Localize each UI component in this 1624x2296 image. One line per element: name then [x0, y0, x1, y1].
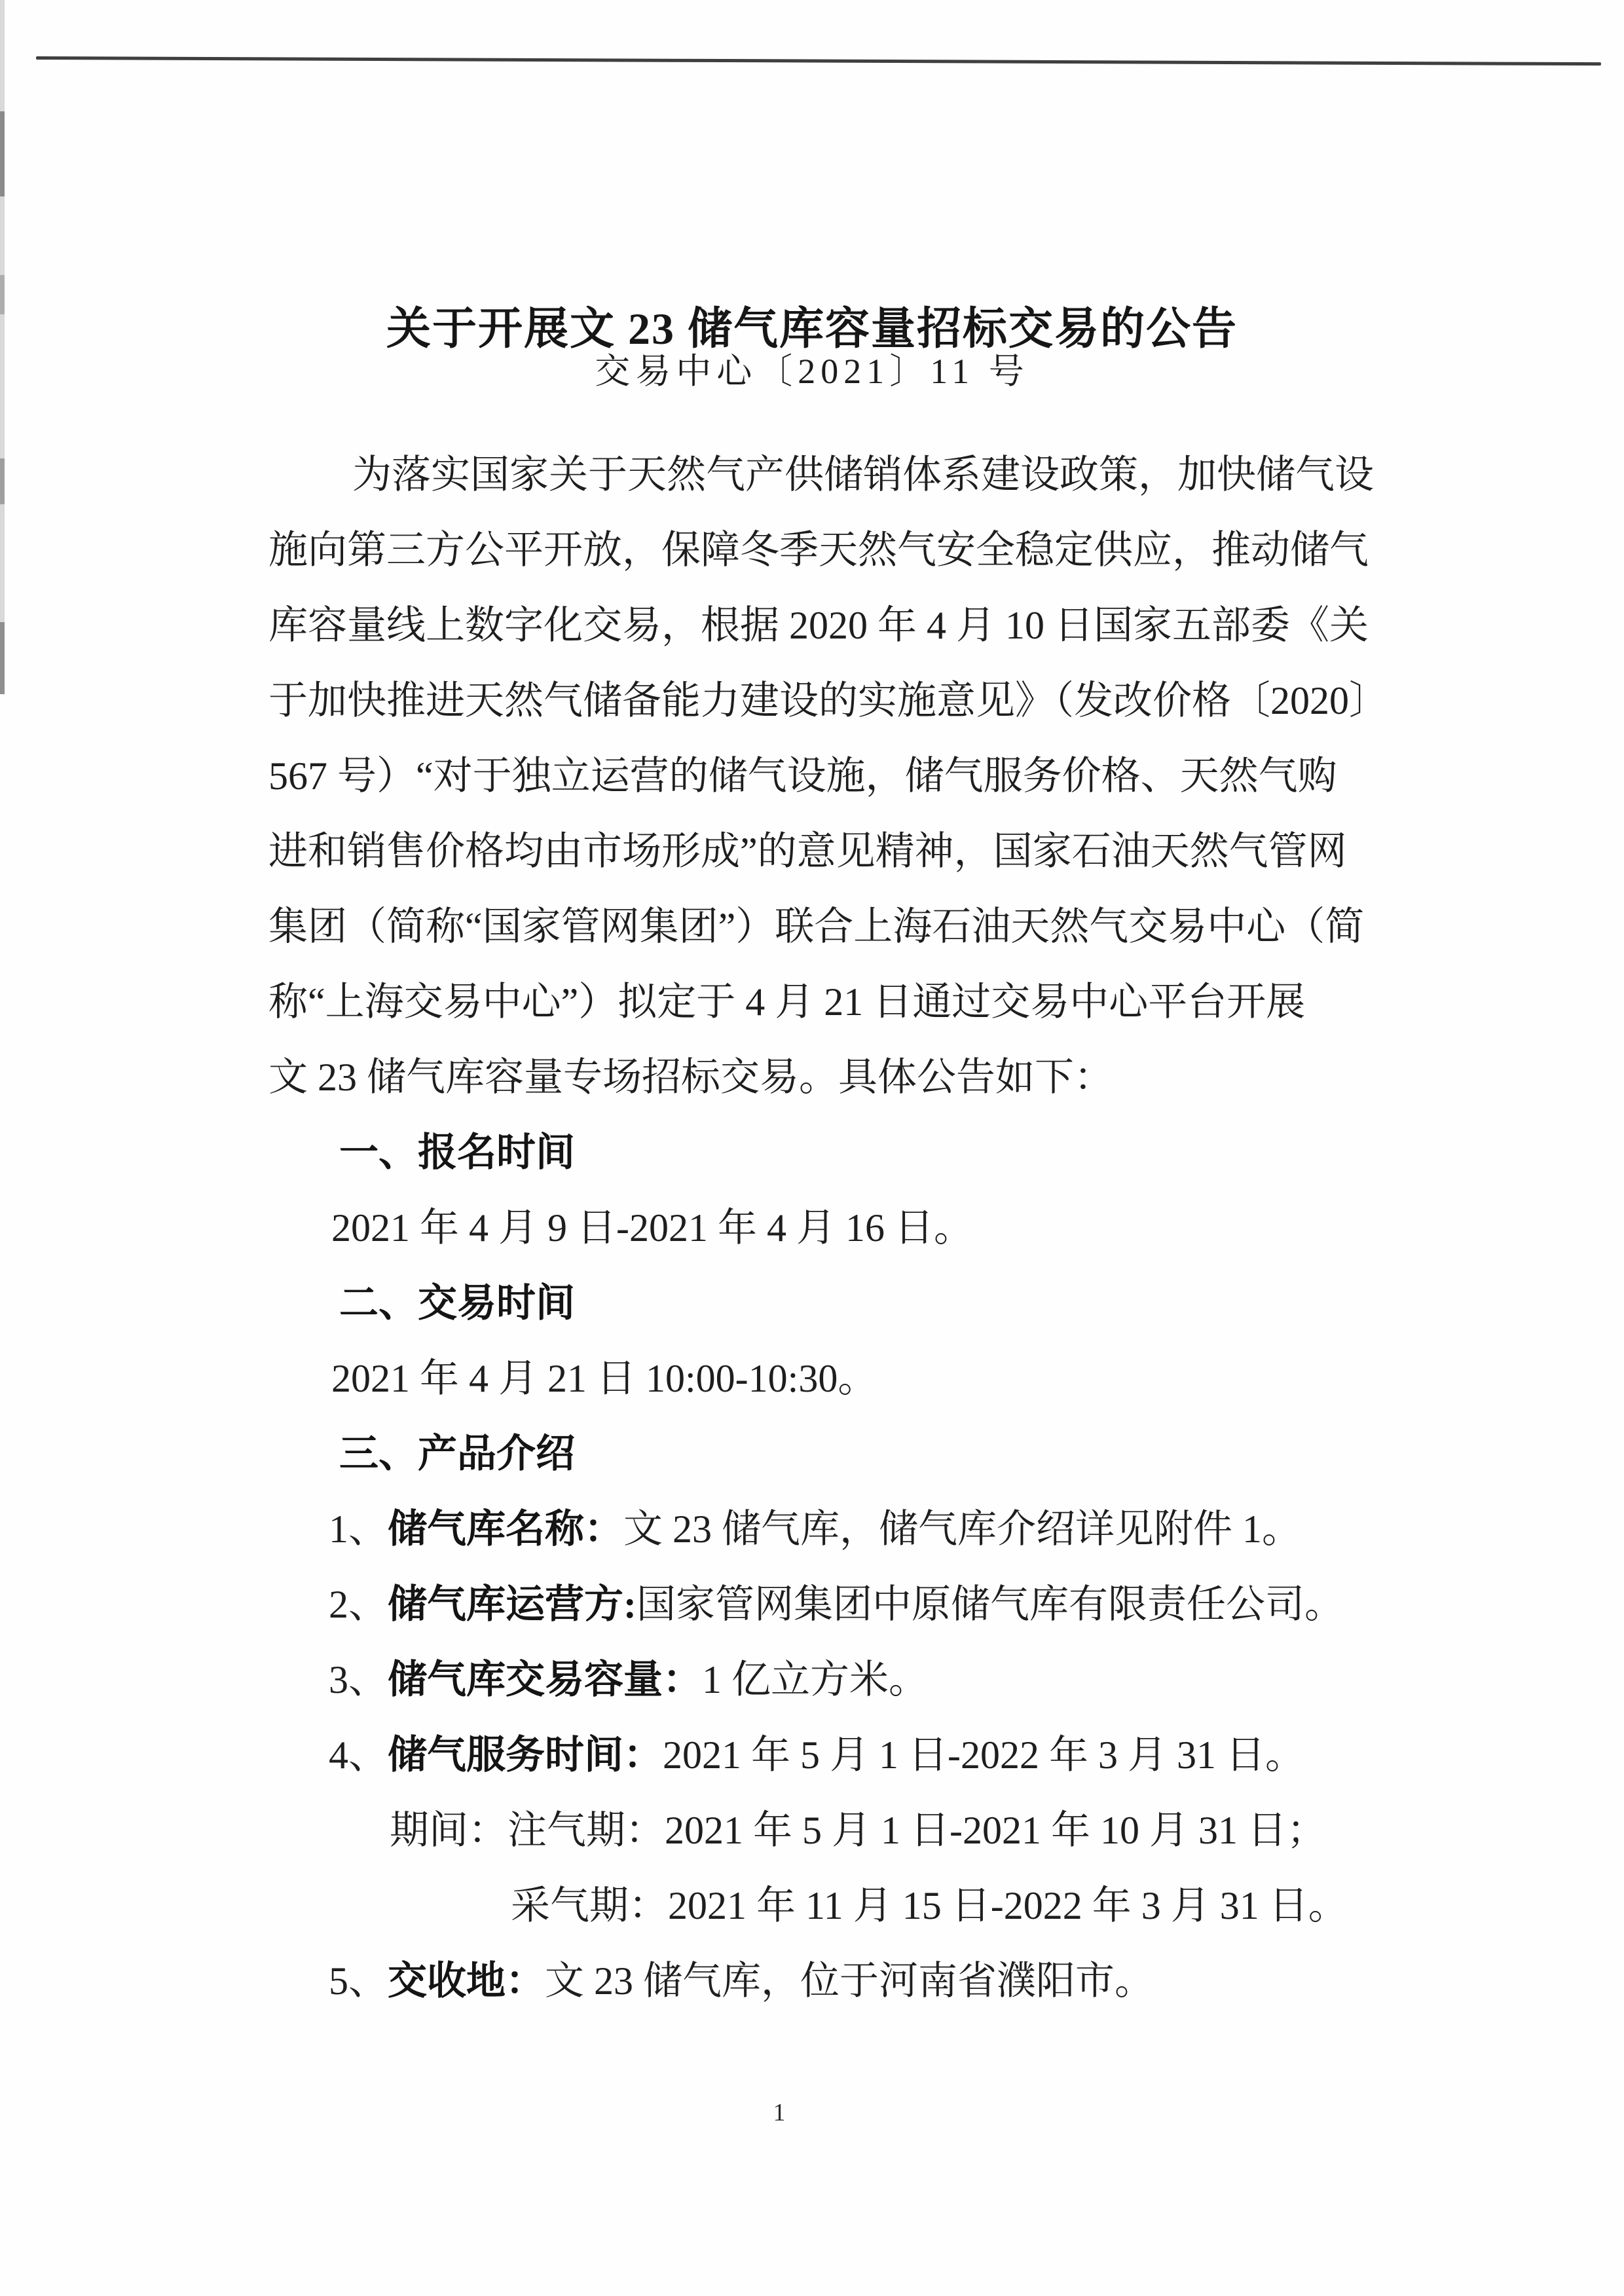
- section-heading-product-intro: 三、产品介绍: [268, 1416, 1369, 1492]
- list-item-service-period: 4、储气服务时间：2021 年 5 月 1 日-2022 年 3 月 31 日。: [268, 1718, 1369, 1793]
- injection-period-line: 期间：注气期：2021 年 5 月 1 日-2021 年 10 月 31 日；: [268, 1793, 1369, 1868]
- document-body: 为落实国家关于天然气产供储销体系建设政策，加快储气设 施向第三方公平开放，保障冬…: [268, 437, 1369, 2019]
- page-number: 1: [740, 2098, 819, 2127]
- signup-time-value: 2021 年 4 月 9 日-2021 年 4 月 16 日。: [268, 1191, 1369, 1266]
- item-number: 2、: [329, 1583, 388, 1626]
- item-text: 国家管网集团中原储气库有限责任公司。: [637, 1583, 1344, 1626]
- list-item-storage-name: 1、储气库名称：文 23 储气库，储气库介绍详见附件 1。: [268, 1492, 1369, 1567]
- item-label: 储气库运营方:: [388, 1583, 637, 1626]
- scanned-document-page: 关于开展文 23 储气库容量招标交易的公告 交易中心〔2021〕11 号 为落实…: [0, 0, 1624, 2296]
- withdrawal-period-line: 采气期：2021 年 11 月 15 日-2022 年 3 月 31 日。: [268, 1868, 1369, 1944]
- section-heading-trading-time: 二、交易时间: [268, 1266, 1369, 1341]
- item-number: 3、: [329, 1658, 388, 1701]
- paragraph-line: 为落实国家关于天然气产供储销体系建设政策，加快储气设: [268, 437, 1369, 513]
- list-item-storage-operator: 2、储气库运营方:国家管网集团中原储气库有限责任公司。: [268, 1567, 1369, 1642]
- item-label: 储气服务时间：: [388, 1733, 663, 1777]
- item-label: 储气库名称：: [388, 1508, 623, 1551]
- trading-time-value: 2021 年 4 月 21 日 10:00-10:30。: [268, 1341, 1369, 1416]
- item-label: 交收地：: [388, 1959, 545, 2003]
- item-number: 5、: [329, 1959, 388, 2003]
- list-item-delivery-place: 5、交收地：文 23 储气库，位于河南省濮阳市。: [268, 1944, 1369, 2019]
- paragraph-line: 集团（简称“国家管网集团”）联合上海石油天然气交易中心（简: [268, 889, 1369, 965]
- item-number: 4、: [329, 1733, 388, 1777]
- paragraph-line: 于加快推进天然气储备能力建设的实施意见》（发改价格〔2020〕: [268, 663, 1369, 739]
- item-text: 文 23 储气库，位于河南省濮阳市。: [545, 1959, 1154, 2003]
- left-edge-scan-artifact: [0, 622, 5, 694]
- left-edge-scan-artifact: [0, 111, 5, 196]
- item-number: 1、: [329, 1508, 388, 1551]
- paragraph-line: 567 号）“对于独立运营的储气设施，储气服务价格、天然气购: [268, 739, 1369, 814]
- item-text: 文 23 储气库，储气库介绍详见附件 1。: [623, 1508, 1301, 1551]
- item-label: 储气库交易容量：: [388, 1658, 702, 1701]
- top-rule-scan-artifact: [36, 56, 1601, 65]
- paragraph-line: 库容量线上数字化交易，根据 2020 年 4 月 10 日国家五部委《关: [268, 588, 1369, 663]
- item-text: 2021 年 5 月 1 日-2022 年 3 月 31 日。: [663, 1733, 1304, 1777]
- paragraph-line: 文 23 储气库容量专场招标交易。具体公告如下：: [268, 1040, 1369, 1115]
- paragraph-line: 施向第三方公平开放，保障冬季天然气安全稳定供应，推动储气: [268, 513, 1369, 588]
- paragraph-line: 进和销售价格均由市场形成”的意见精神，国家石油天然气管网: [268, 814, 1369, 889]
- list-item-trading-capacity: 3、储气库交易容量：1 亿立方米。: [268, 1642, 1369, 1718]
- left-edge-scan-artifact: [0, 458, 5, 504]
- item-text: 1 亿立方米。: [702, 1658, 928, 1701]
- section-heading-signup-time: 一、报名时间: [268, 1115, 1369, 1191]
- paragraph-line: 称“上海交易中心”）拟定于 4 月 21 日通过交易中心平台开展: [268, 965, 1369, 1040]
- document-number: 交易中心〔2021〕11 号: [0, 343, 1624, 394]
